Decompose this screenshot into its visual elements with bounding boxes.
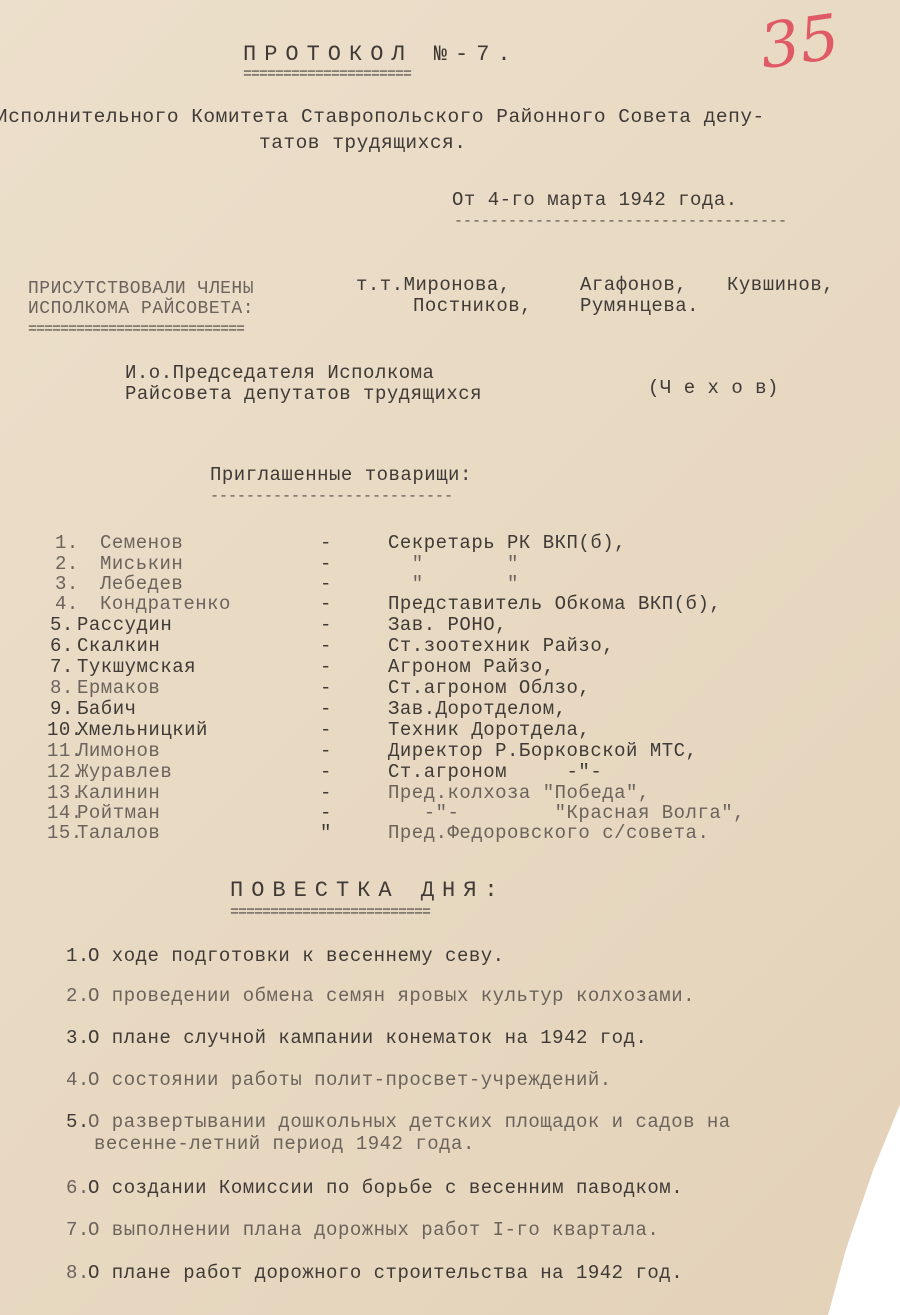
invited-separator: -	[320, 532, 332, 554]
invited-role: Директор Р.Борковской МТС,	[388, 740, 697, 762]
invited-separator: -	[320, 656, 332, 678]
invited-number: 9.	[50, 698, 74, 720]
member-rumyantseva: Румянцева.	[580, 295, 699, 317]
invited-number: 1.	[55, 532, 79, 554]
invited-number: 5.	[50, 614, 74, 636]
invited-separator: -	[320, 740, 332, 762]
invited-role: Ст.агроном -"-	[388, 761, 602, 783]
attendance-label-line-2: ИСПОЛКОМА РАЙСОВЕТА:	[28, 299, 254, 319]
agenda-text: О состоянии работы полит-просвет-учрежде…	[88, 1069, 612, 1091]
agenda-number: 4.	[66, 1069, 90, 1091]
title-underline: =====================	[243, 66, 411, 83]
invited-role: Зав.Доротделом,	[388, 698, 567, 720]
invited-role: " "	[388, 573, 519, 595]
agenda-text: О проведении обмена семян яровых культур…	[88, 985, 695, 1007]
protocol-date: От 4-го марта 1942 года.	[452, 189, 738, 211]
agenda-number: 5.	[66, 1111, 90, 1133]
invited-number: 4.	[55, 593, 79, 615]
invited-role: -"- "Красная Волга",	[388, 802, 745, 824]
invited-name: Лимонов	[77, 740, 160, 762]
agenda-text-continuation: весенне-летний период 1942 года.	[94, 1133, 475, 1155]
invited-name: Калинин	[77, 782, 160, 804]
invited-name: Тукшумская	[77, 656, 196, 678]
invited-number: 7.	[50, 656, 74, 678]
invited-role: Ст.агроном Облзо,	[388, 677, 590, 699]
invited-separator: -	[320, 698, 332, 720]
invited-name: Скалкин	[77, 635, 160, 657]
invited-name: Кондратенко	[100, 593, 231, 615]
invited-role: Агроном Райзо,	[388, 656, 555, 678]
agenda-text: О плане работ дорожного строительства на…	[88, 1262, 683, 1284]
invited-separator: -	[320, 719, 332, 741]
invited-name: Миськин	[100, 553, 183, 575]
chair-title-line-1: И.о.Председателя Исполкома	[125, 362, 434, 384]
invited-number: 8.	[50, 677, 74, 699]
invited-separator: -	[320, 573, 332, 595]
invited-separator: "	[320, 822, 332, 844]
invited-separator: -	[320, 761, 332, 783]
agenda-text: О создании Комиссии по борьбе с весенним…	[88, 1177, 683, 1199]
agenda-heading: ПОВЕСТКА ДНЯ:	[230, 878, 506, 903]
invited-name: Хмельницкий	[77, 719, 208, 741]
agenda-number: 8.	[66, 1262, 90, 1284]
attendance-underline: ===========================	[28, 321, 244, 338]
invited-separator: -	[320, 782, 332, 804]
invited-name: Рассудин	[77, 614, 172, 636]
date-underline: -------------------------------------	[454, 213, 787, 230]
agenda-number: 2.	[66, 985, 90, 1007]
chair-name: (Ч е х о в)	[648, 377, 779, 399]
attendance-label-line-1: ПРИСУТСТВОВАЛИ ЧЛЕНЫ	[28, 279, 254, 299]
invited-role: Зав. РОНО,	[388, 614, 507, 636]
invited-name: Ермаков	[77, 677, 160, 699]
invited-separator: -	[320, 802, 332, 824]
subtitle-line-2: татов трудящихся.	[259, 132, 466, 154]
agenda-number: 1.	[66, 945, 90, 967]
invited-separator: -	[320, 553, 332, 575]
invited-name: Лебедев	[100, 573, 183, 595]
invited-name: Журавлев	[77, 761, 172, 783]
agenda-number: 7.	[66, 1219, 90, 1241]
invited-number: 6.	[50, 635, 74, 657]
chair-title-line-2: Райсовета депутатов трудящихся	[125, 383, 482, 405]
page-number-mark: 35	[755, 0, 843, 83]
agenda-text: О ходе подготовки к весеннему севу.	[88, 945, 505, 967]
agenda-text: О выполнении плана дорожных работ I-го к…	[88, 1219, 659, 1241]
member-postnikov: Постников,	[413, 295, 532, 317]
invited-role: Представитель Обкома ВКП(б),	[388, 593, 721, 615]
invited-role: Секретарь РК ВКП(б),	[388, 532, 626, 554]
agenda-text: О развертывании дошкольных детских площа…	[88, 1111, 731, 1133]
agenda-number: 6.	[66, 1177, 90, 1199]
invited-name: Семенов	[100, 532, 183, 554]
agenda-underline: =========================	[230, 904, 430, 921]
agenda-number: 3.	[66, 1027, 90, 1049]
subtitle-line-1: Исполнительного Комитета Ставропольского…	[0, 106, 765, 128]
invited-heading: Приглашенные товарищи:	[210, 464, 472, 486]
invited-underline: ---------------------------	[210, 488, 453, 505]
invited-separator: -	[320, 635, 332, 657]
invited-separator: -	[320, 614, 332, 636]
invited-role: Ст.зоотехник Райзо,	[388, 635, 614, 657]
invited-role: Техник Доротдела,	[388, 719, 590, 741]
invited-role: Пред.колхоза "Победа",	[388, 782, 650, 804]
member-mironova: т.т.Миронова,	[356, 274, 511, 296]
invited-name: Бабич	[77, 698, 137, 720]
page-title: ПРОТОКОЛ №-7.	[243, 42, 519, 67]
invited-separator: -	[320, 677, 332, 699]
invited-number: 2.	[55, 553, 79, 575]
invited-name: Ройтман	[77, 802, 160, 824]
invited-role: " "	[388, 553, 519, 575]
invited-role: Пред.Федоровского с/совета.	[388, 822, 709, 844]
invited-name: Талалов	[77, 822, 160, 844]
member-kuvshinov: Кувшинов,	[727, 274, 834, 296]
invited-separator: -	[320, 593, 332, 615]
invited-number: 3.	[55, 573, 79, 595]
agenda-text: О плане случной кампании конематок на 19…	[88, 1027, 647, 1049]
member-agafonov: Агафонов,	[580, 274, 687, 296]
document-page: 35 ПРОТОКОЛ №-7. ===================== И…	[0, 0, 900, 1315]
